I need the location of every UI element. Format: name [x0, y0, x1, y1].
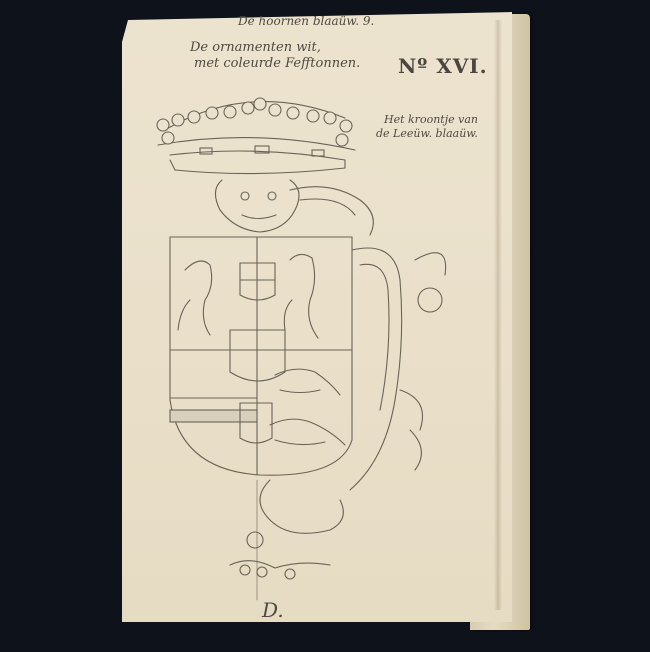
shield [170, 237, 352, 475]
annotation-crown-note-2: de Leeüw. blaaüw. [376, 127, 478, 140]
annotation-top-line: De hoornen blaaüw. 9. [238, 14, 374, 28]
lower-scroll-garland [230, 480, 343, 600]
signature-initial: D. [262, 598, 284, 622]
photo-stage: De hoornen blaaüw. 9. De ornamenten wit,… [0, 0, 650, 652]
crown-icon [157, 98, 355, 174]
annotation-ornament-line-2: met coleurde Fefftonnen. [194, 56, 360, 71]
coat-of-arms-drawing [0, 0, 650, 652]
grotesque-mask [215, 180, 373, 235]
cartouche-ornament [350, 248, 446, 490]
annotation-ornament-line-1: De ornamenten wit, [190, 40, 321, 55]
annotation-crown-note-1: Het kroontje van [384, 113, 478, 126]
catalog-number: Nº XVI. [398, 54, 488, 78]
